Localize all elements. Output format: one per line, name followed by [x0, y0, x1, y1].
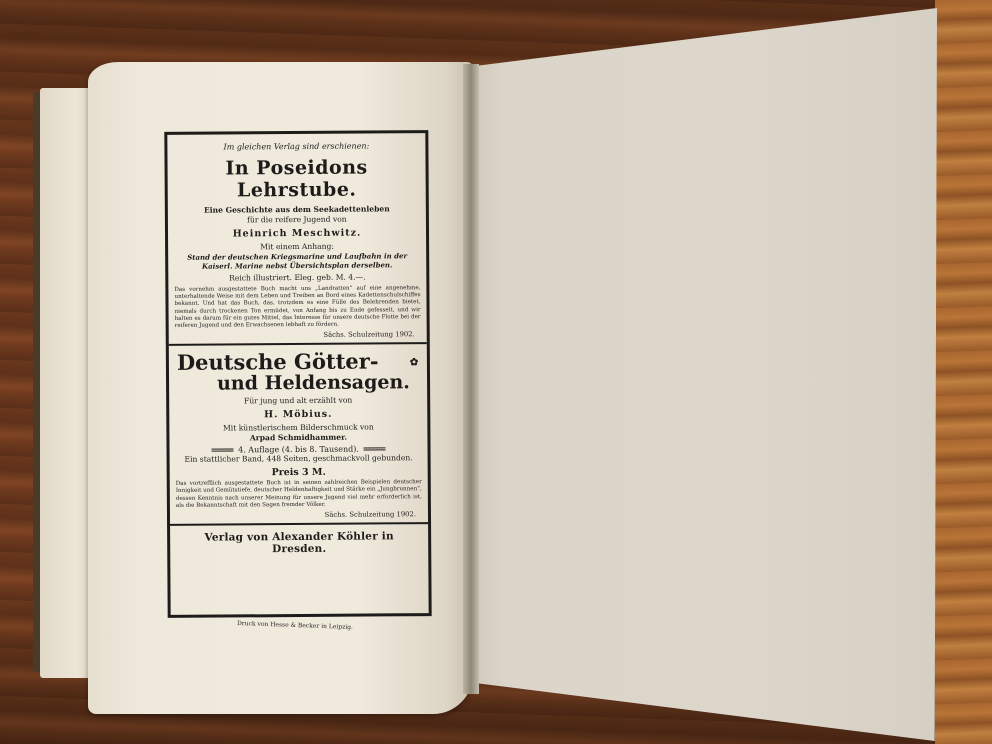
- book1-price: Reich illustriert. Eleg. geb. M. 4.—.: [174, 272, 420, 284]
- book2-review-source: Sächs. Schulzeitung 1902.: [176, 510, 422, 520]
- book2-price: Preis 3 M.: [176, 466, 422, 479]
- book1-audience: für die reifere Jugend von: [174, 214, 420, 226]
- double-rule-left: [211, 449, 233, 452]
- book2-review: Das vortrefflich ausgestattete Buch ist …: [176, 479, 422, 510]
- flower-ornament-icon: ✿: [410, 357, 418, 368]
- book-gutter: [463, 64, 479, 694]
- book1-appendix-line-2: Kaiserl. Marine nebst Übersichtsplan der…: [174, 260, 420, 271]
- ad-intro: Im gleichen Verlag sind erschienen:: [173, 141, 419, 152]
- wooden-table-right: [935, 0, 992, 744]
- book1-review: Das vornehm ausgestattete Buch macht uns…: [174, 285, 420, 330]
- book1-title: In Poseidons Lehrstube.: [173, 156, 419, 202]
- double-rule-right: [364, 448, 386, 451]
- book1-author: Heinrich Meschwitz.: [174, 227, 420, 240]
- book1-review-source: Sächs. Schulzeitung 1902.: [175, 330, 421, 340]
- book2-author: H. Möbius.: [175, 408, 421, 421]
- section-divider: [170, 522, 428, 526]
- book2-illustrator: Arpad Schmidhammer.: [175, 432, 421, 444]
- section-divider: [169, 342, 427, 346]
- right-page-blank: [470, 8, 937, 741]
- book2-title-line-2: und Heldensagen.: [175, 371, 421, 395]
- publisher-imprint: Verlag von Alexander Köhler in Dresden.: [176, 530, 422, 556]
- book2-told-by: Für jung und alt erzählt von: [175, 395, 421, 407]
- publisher-advertisement: Im gleichen Verlag sind erschienen: In P…: [164, 130, 431, 618]
- book2-description: Ein stattlicher Band, 448 Seiten, geschm…: [176, 453, 422, 465]
